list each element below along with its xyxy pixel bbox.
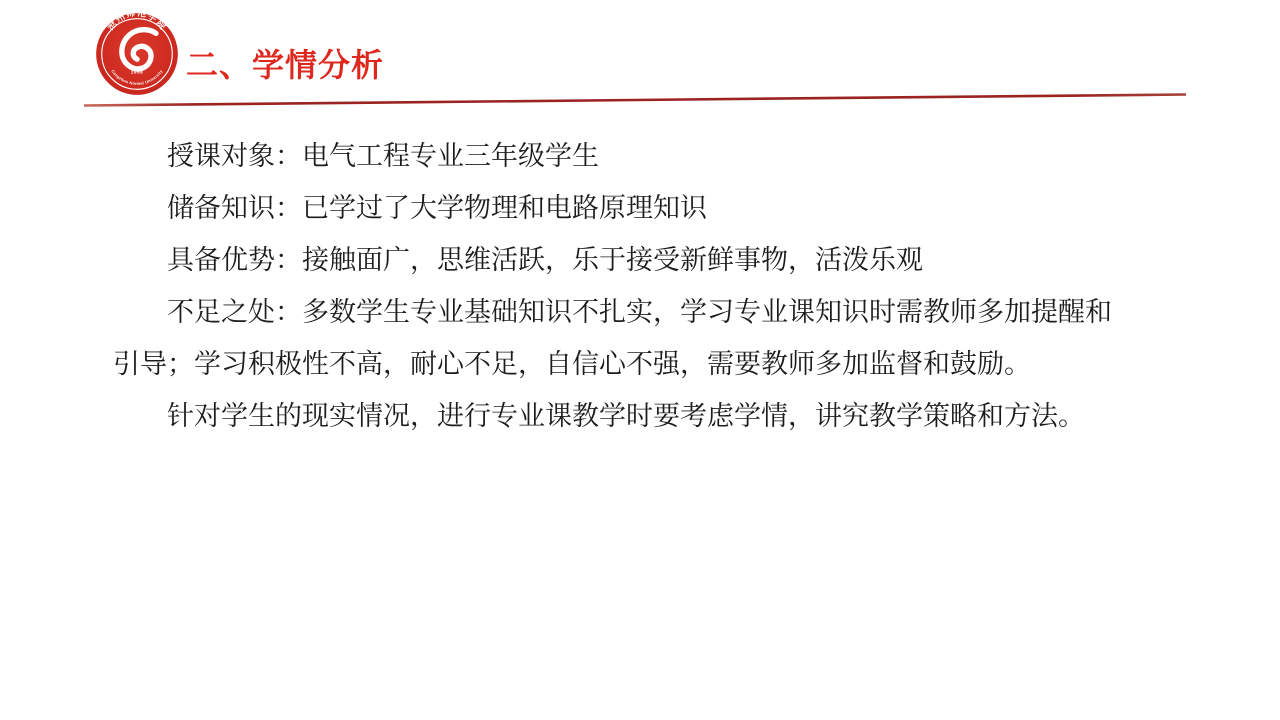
title-divider-line (84, 95, 1186, 106)
presentation-slide: 沧州师范学院 1958 Cangzhou Normal University 二… (0, 0, 1280, 720)
body-line-weaknesses-2: 引导；学习积极性不高，耐心不足，自信心不强，需要教师多加监督和鼓励。 (113, 338, 1177, 390)
body-line-prior-knowledge: 储备知识：已学过了大学物理和电路原理知识 (113, 182, 1177, 234)
body-text-block: 授课对象：电气工程专业三年级学生 储备知识：已学过了大学物理和电路原理知识 具备… (113, 130, 1177, 442)
body-line-strengths: 具备优势：接触面广，思维活跃，乐于接受新鲜事物，活泼乐观 (113, 234, 1177, 286)
university-logo: 沧州师范学院 1958 Cangzhou Normal University (94, 11, 180, 97)
body-line-conclusion: 针对学生的现实情况，进行专业课教学时要考虑学情，讲究教学策略和方法。 (113, 390, 1177, 442)
body-line-teaching-target: 授课对象：电气工程专业三年级学生 (113, 130, 1177, 182)
logo-year: 1958 (131, 69, 144, 75)
body-line-weaknesses-1: 不足之处：多数学生专业基础知识不扎实，学习专业课知识时需教师多加提醒和 (113, 286, 1177, 338)
section-title: 二、学情分析 (186, 40, 384, 86)
